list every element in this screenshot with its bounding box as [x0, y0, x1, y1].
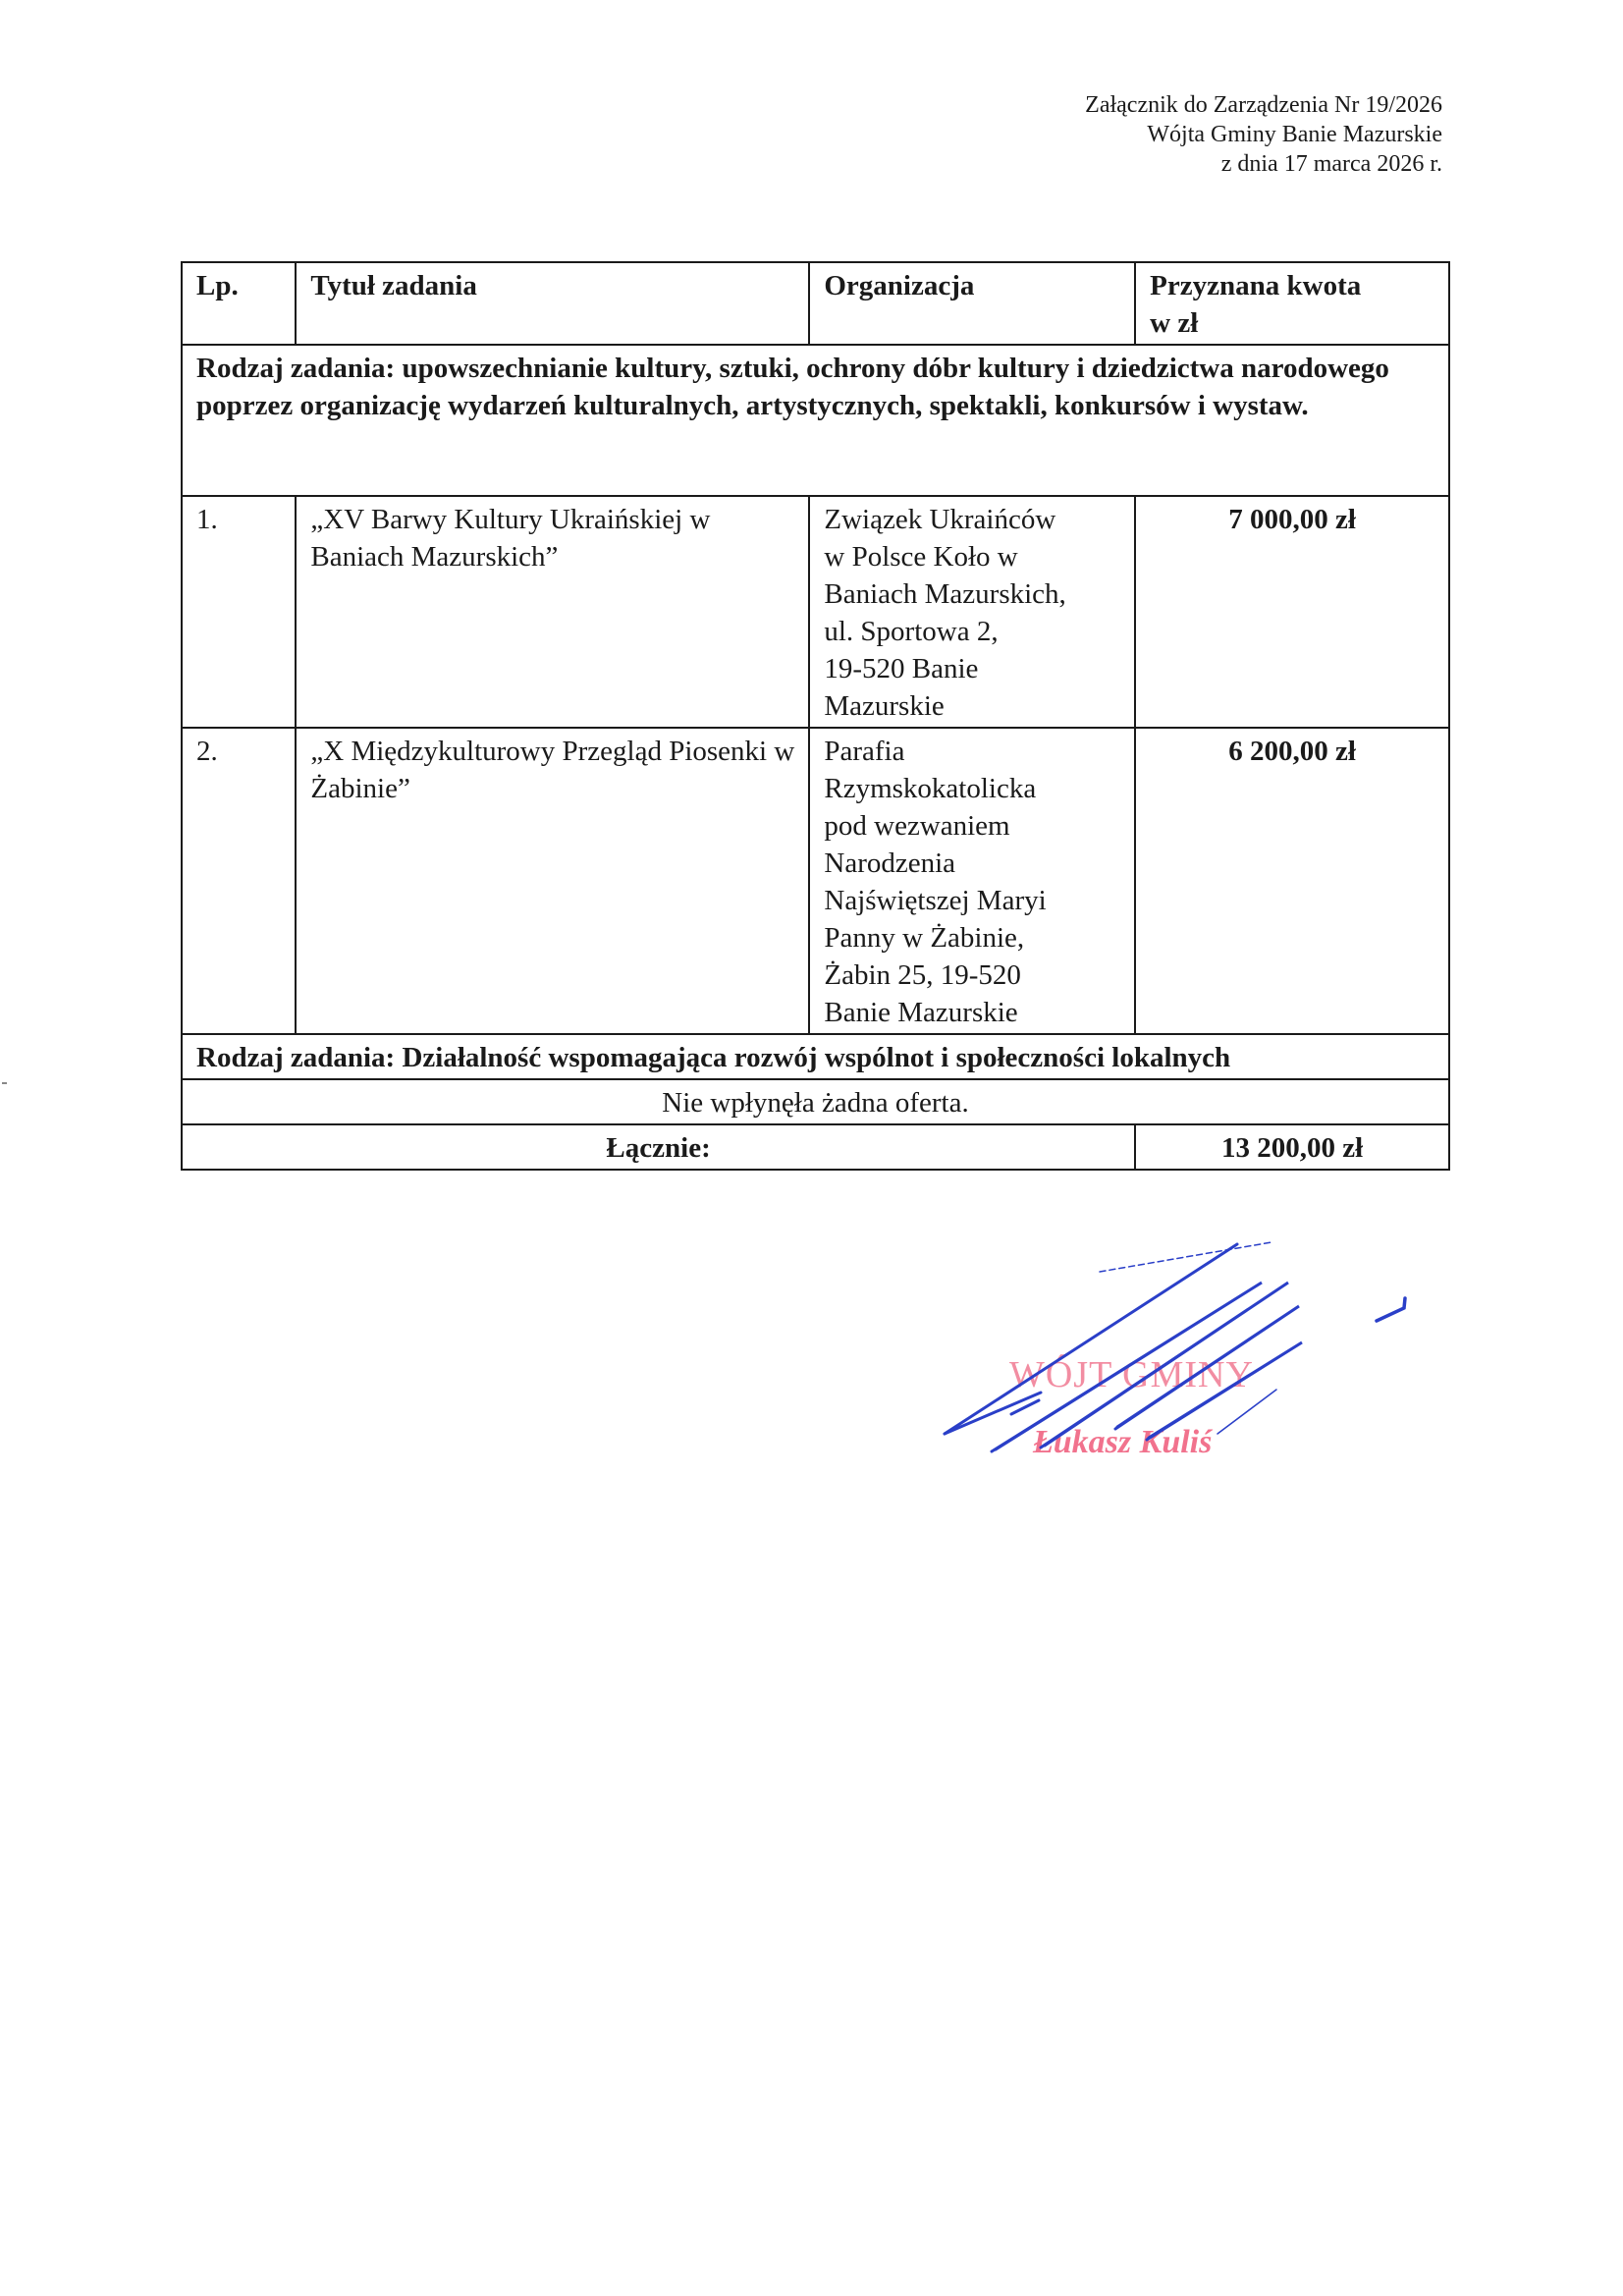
organization-line: ul. Sportowa 2, — [824, 613, 1120, 650]
organization-line: pod wezwaniem — [824, 807, 1120, 845]
grant-table: Lp. Tytuł zadania Organizacja Przyznana … — [181, 261, 1450, 1171]
table-row: 2. „X Międzykulturowy Przegląd Piosenki … — [182, 728, 1449, 1034]
row-amount: 7 000,00 zł — [1135, 496, 1449, 728]
organization-line: Związek Ukraińców — [824, 501, 1120, 538]
no-offer-text: Nie wpłynęła żadna oferta. — [182, 1079, 1449, 1124]
total-row: Łącznie: 13 200,00 zł — [182, 1124, 1449, 1170]
row-lp: 1. — [182, 496, 296, 728]
table-row: 1. „XV Barwy Kultury Ukraińskiej w Bania… — [182, 496, 1449, 728]
signature-stamp-area: WÓJT GMINY Łukasz Kuliś — [923, 1228, 1434, 1483]
organization-line: Panny w Żabinie, — [824, 919, 1120, 957]
row-organization: Związek Ukraińców w Polsce Koło w Baniac… — [809, 496, 1135, 728]
organization-line: w Polsce Koło w — [824, 538, 1120, 575]
organization-line: Narodzenia — [824, 845, 1120, 882]
organization-line: Rzymskokatolicka — [824, 770, 1120, 807]
no-offer-row: Nie wpłynęła żadna oferta. — [182, 1079, 1449, 1124]
row-organization: Parafia Rzymskokatolicka pod wezwaniem N… — [809, 728, 1135, 1034]
column-header-amount-line1: Przyznana kwota — [1150, 270, 1361, 301]
organization-line: Najświętszej Maryi — [824, 882, 1120, 919]
row-lp: 2. — [182, 728, 296, 1034]
header-date-line: z dnia 17 marca 2026 r. — [1085, 149, 1442, 179]
total-amount: 13 200,00 zł — [1135, 1124, 1449, 1170]
scan-margin-mark — [2, 1082, 7, 1084]
organization-line: Mazurskie — [824, 687, 1120, 725]
handwritten-signature-icon — [923, 1228, 1434, 1483]
column-header-amount: Przyznana kwota w zł — [1135, 262, 1449, 345]
column-header-lp: Lp. — [182, 262, 296, 345]
document-header: Załącznik do Zarządzenia Nr 19/2026 Wójt… — [1085, 90, 1442, 179]
row-title: „XV Barwy Kultury Ukraińskiej w Baniach … — [296, 496, 809, 728]
organization-line: Żabin 25, 19-520 — [824, 957, 1120, 994]
column-header-title: Tytuł zadania — [296, 262, 809, 345]
organization-line: Parafia — [824, 733, 1120, 770]
header-authority-line: Wójta Gminy Banie Mazurskie — [1085, 120, 1442, 149]
organization-line: 19-520 Banie — [824, 650, 1120, 687]
column-header-amount-line2: w zł — [1150, 307, 1198, 339]
table-header-row: Lp. Tytuł zadania Organizacja Przyznana … — [182, 262, 1449, 345]
organization-line: Baniach Mazurskich, — [824, 575, 1120, 613]
section-row: Rodzaj zadania: upowszechnianie kultury,… — [182, 345, 1449, 496]
row-amount: 6 200,00 zł — [1135, 728, 1449, 1034]
total-label: Łącznie: — [182, 1124, 1135, 1170]
column-header-organization: Organizacja — [809, 262, 1135, 345]
section-row: Rodzaj zadania: Działalność wspomagająca… — [182, 1034, 1449, 1079]
row-title: „X Międzykulturowy Przegląd Piosenki w Ż… — [296, 728, 809, 1034]
organization-line: Banie Mazurskie — [824, 994, 1120, 1031]
section-label: Rodzaj zadania: Działalność wspomagająca… — [182, 1034, 1449, 1079]
header-attachment-line: Załącznik do Zarządzenia Nr 19/2026 — [1085, 90, 1442, 120]
section-label: Rodzaj zadania: upowszechnianie kultury,… — [182, 345, 1449, 496]
